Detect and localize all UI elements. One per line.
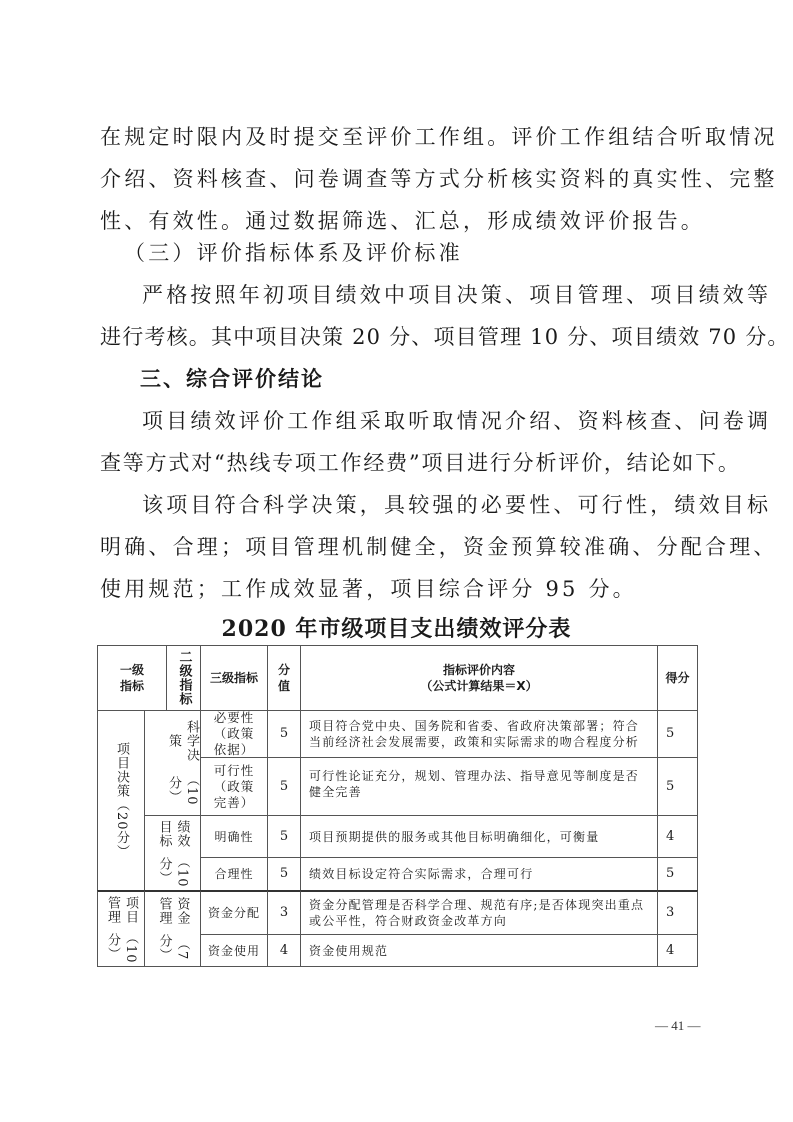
level3-necessity: 必要性（政策依据） [200, 710, 268, 758]
text-line: 该项目符合科学决策，具较强的必要性、可行性，绩效目标 [100, 484, 696, 526]
header-weight: 分值 [267, 645, 301, 711]
content-text: 绩效目标设定符合实际需求，合理可行 [300, 857, 658, 891]
performance-score-table: 一级指标 二级指标 三级指标 分值 指标评价内容 （公式计算结果＝X） 得分 项… [97, 645, 698, 967]
subheading-evaluation-criteria: （三）评价指标体系及评价标准 [124, 232, 720, 274]
paragraph-conclusion: 该项目符合科学决策，具较强的必要性、可行性，绩效目标 明确、合理；项目管理机制健… [100, 484, 696, 610]
level3-fund-allocation: 资金分配 [200, 890, 268, 935]
paragraph-evaluation-process: 在规定时限内及时提交至评价工作组。评价工作组结合听取情况 介绍、资料核查、问卷调… [100, 116, 696, 242]
section-heading-conclusion: 三、综合评价结论 [140, 358, 736, 400]
header-level1: 一级指标 [97, 645, 167, 711]
header-level2: 二级指标 [166, 645, 201, 711]
level3-clarity: 明确性 [200, 815, 268, 858]
text-line: 明确、合理；项目管理机制健全，资金预算较准确、分配合理、 [100, 526, 696, 568]
score-value: 4 [657, 815, 698, 858]
score-value: 3 [657, 890, 698, 935]
weight-value: 5 [267, 857, 301, 891]
text-line: 使用规范；工作成效显著，项目综合评分 95 分。 [100, 568, 696, 610]
score-value: 5 [657, 857, 698, 891]
level1-project-management: 项目管理（10分） [97, 890, 145, 967]
level3-feasibility: 可行性（政策完善） [200, 757, 268, 816]
weight-value: 3 [267, 890, 301, 935]
header-level3: 三级指标 [200, 645, 268, 711]
paragraph-evaluation-method: 项目绩效评价工作组采取听取情况介绍、资料核查、问卷调 查等方式对“热线专项工作经… [100, 400, 696, 484]
table-title: 2020 年市级项目支出绩效评分表 [0, 612, 793, 643]
level2-scientific-decision: 科学决策（10分） [144, 710, 201, 816]
weight-value: 4 [267, 934, 301, 967]
weight-value: 5 [267, 757, 301, 816]
header-content: 指标评价内容 （公式计算结果＝X） [300, 645, 658, 711]
content-text: 资金使用规范 [300, 934, 658, 967]
score-value: 4 [657, 934, 698, 967]
content-text: 项目预期提供的服务或其他目标明确细化，可衡量 [300, 815, 658, 858]
text-line: 严格按照年初项目绩效中项目决策、项目管理、项目绩效等 [100, 274, 696, 316]
level3-fund-usage: 资金使用 [200, 934, 268, 967]
score-value: 5 [657, 710, 698, 758]
level2-fund-management: 资金管理（7分） [144, 890, 201, 967]
text-line: 项目绩效评价工作组采取听取情况介绍、资料核查、问卷调 [100, 400, 696, 442]
text-line: 介绍、资料核查、问卷调查等方式分析核实资料的真实性、完整 [100, 158, 696, 200]
paragraph-scoring-breakdown: 严格按照年初项目绩效中项目决策、项目管理、项目绩效等 进行考核。其中项目决策 2… [100, 274, 696, 358]
text-line: 进行考核。其中项目决策 20 分、项目管理 10 分、项目绩效 70 分。 [100, 316, 696, 358]
content-text: 可行性论证充分，规划、管理办法、指导意见等制度是否健全完善 [300, 757, 658, 816]
score-value: 5 [657, 757, 698, 816]
page-number: — 41 — [655, 1018, 701, 1034]
weight-value: 5 [267, 815, 301, 858]
level3-rationality: 合理性 [200, 857, 268, 891]
weight-value: 5 [267, 710, 301, 758]
header-score: 得分 [657, 645, 698, 711]
level2-performance-target: 绩效目标（10分） [144, 815, 201, 891]
level1-project-decision: 项目决策（20分） [97, 710, 145, 891]
content-text: 项目符合党中央、国务院和省委、省政府决策部署；符合当前经济社会发展需要，政策和实… [300, 710, 658, 758]
content-text: 资金分配管理是否科学合理、规范有序;是否体现突出重点或公平性，符合财政资金改革方… [300, 890, 658, 935]
text-line: 在规定时限内及时提交至评价工作组。评价工作组结合听取情况 [100, 116, 696, 158]
text-line: 查等方式对“热线专项工作经费”项目进行分析评价，结论如下。 [100, 442, 696, 484]
